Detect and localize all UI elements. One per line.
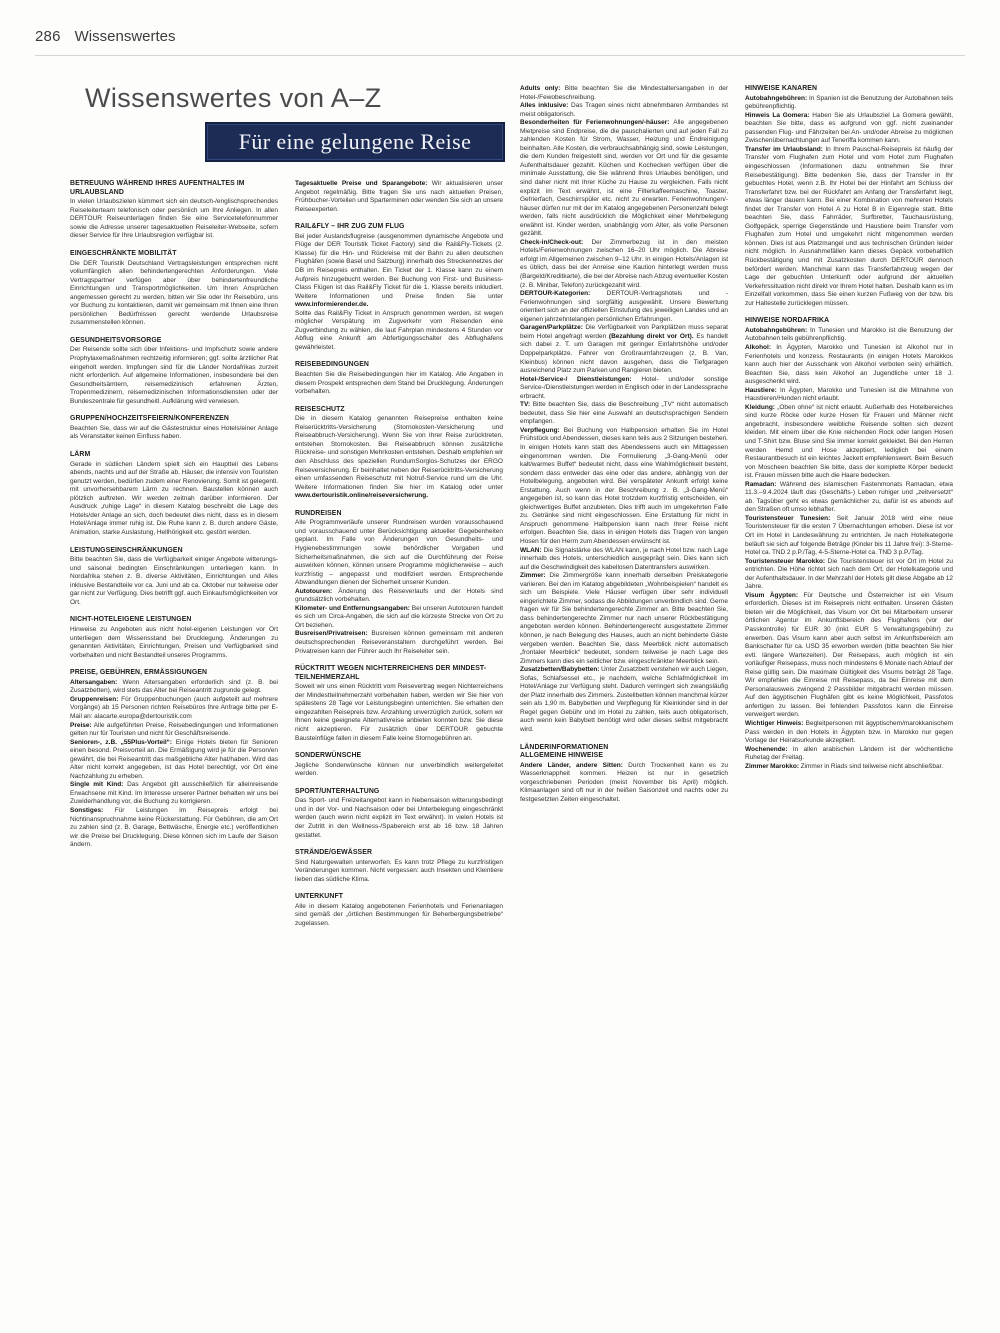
paragraph: Touristensteuer Marokko: Die Touristenst… — [745, 558, 953, 592]
section-heading: BETREUUNG WÄHREND IHRES AUFENTHALTES IM … — [70, 180, 278, 197]
section: NICHT-HOTELEIGENE LEISTUNGENHinweise zu … — [70, 616, 278, 660]
paragraph: Kilometer- und Entfernungsangaben: Bei u… — [295, 605, 503, 631]
section-heading: RAIL&FLY – IHR ZUG ZUM FLUG — [295, 223, 503, 232]
paragraph: Check-in/Check-out: Der Zimmerbezug ist … — [520, 239, 728, 290]
paragraph: Preise: Alle aufgeführten Preise, Reiseb… — [70, 722, 278, 739]
paragraph: Zimmer Marokko: Zimmer in Riads sind tei… — [745, 763, 953, 772]
paragraph: Gerade in südlichen Ländern spielt sich … — [70, 461, 278, 538]
paragraph: Wichtiger Hinweis: Begleitpersonen mit ä… — [745, 720, 953, 746]
section-heading: EINGESCHRÄNKTE MOBILITÄT — [70, 250, 278, 259]
section-heading: REISEBEDINGUNGEN — [295, 361, 503, 370]
section: PREISE, GEBÜHREN, ERMÄSSIGUNGENAltersang… — [70, 669, 278, 850]
paragraph: Verpflegung: Bei Buchung von Halbpension… — [520, 427, 728, 547]
paragraph: Jegliche Sonderwünsche können nur unverb… — [295, 762, 503, 779]
paragraph: Gruppenreisen: Für Gruppenbuchungen (auc… — [70, 696, 278, 722]
section-heading: PREISE, GEBÜHREN, ERMÄSSIGUNGEN — [70, 669, 278, 678]
paragraph: Soweit wir uns einen Rücktritt vom Reise… — [295, 683, 503, 743]
paragraph: Single mit Kind: Das Angebot gilt aussch… — [70, 781, 278, 807]
paragraph: Zimmer: Die Zimmergröße kann innerhalb d… — [520, 572, 728, 666]
section: GRUPPEN/HOCHZEITSFEIERN/KONFERENZENBeach… — [70, 415, 278, 442]
paragraph: Beachten Sie die Reisebedingungen hier i… — [295, 371, 503, 397]
section-heading: REISESCHUTZ — [295, 406, 503, 415]
paragraph: Sonstiges: Für Leistungen im Reisepreis … — [70, 807, 278, 850]
paragraph: In vielen Urlaubszielen kümmert sich ein… — [70, 198, 278, 241]
paragraph: Touristensteuer Tunesien: Seit Januar 20… — [745, 515, 953, 558]
section: HINWEISE NORDAFRIKAAutobahngebühren: In … — [745, 317, 953, 771]
section: REISESCHUTZDie in diesem Katalog genannt… — [295, 406, 503, 501]
section-heading: RÜCKTRITT WEGEN NICHTERREICHENS DER MIND… — [295, 665, 503, 682]
section-heading: LÄRM — [70, 451, 278, 460]
section-heading: GRUPPEN/HOCHZEITSFEIERN/KONFERENZEN — [70, 415, 278, 424]
section: RÜCKTRITT WEGEN NICHTERREICHENS DER MIND… — [295, 665, 503, 743]
paragraph: Autotouren: Änderung des Reiseverlaufs u… — [295, 588, 503, 605]
paragraph: Die DER Touristik Deutschland Vertragsle… — [70, 260, 278, 328]
paragraph: Tagesaktuelle Preise und Sparangebote: W… — [295, 180, 503, 214]
paragraph: Bei jeder Auslandsflugreise (ausgenommen… — [295, 233, 503, 310]
section: STRÄNDE/GEWÄSSERSind Naturgewalten unter… — [295, 849, 503, 884]
paragraph: Hinweise zu Angeboten aus nicht hotel-ei… — [70, 626, 278, 660]
paragraph: Busreisen/Privatreisen: Busreisen können… — [295, 630, 503, 656]
paragraph: Haustiere: In Ägypten, Marokko und Tunes… — [745, 387, 953, 404]
section: LÄRMGerade in südlichen Ländern spielt s… — [70, 451, 278, 538]
paragraph: Alle Programmverläufe unserer Rundreisen… — [295, 519, 503, 587]
page-header: 286Wissenswertes — [35, 28, 965, 46]
paragraph: Kleidung: „Oben ohne“ ist nicht erlaubt.… — [745, 404, 953, 481]
text-column: Adults only: Bitte beachten Sie die Mind… — [520, 85, 728, 938]
paragraph: Das Sport- und Freizeitangebot kann in N… — [295, 797, 503, 840]
section-heading: HINWEISE NORDAFRIKA — [745, 317, 953, 326]
page-number: 286 — [35, 28, 61, 45]
section: RAIL&FLY – IHR ZUG ZUM FLUGBei jeder Aus… — [295, 223, 503, 352]
section-heading: UNTERKUNFT — [295, 893, 503, 902]
section: SONDERWÜNSCHEJegliche Sonderwünsche könn… — [295, 752, 503, 779]
paragraph: Andere Länder, andere Sitten: Durch Troc… — [520, 762, 728, 805]
section-heading: HINWEISE KANAREN — [745, 85, 953, 94]
section-heading: SPORT/UNTERHALTUNG — [295, 788, 503, 797]
section: LÄNDERINFORMATIONENALLGEMEINE HINWEISEAn… — [520, 744, 728, 805]
text-column: HINWEISE KANARENAutobahngebühren: In Spa… — [745, 85, 953, 938]
paragraph: Sollte das Rail&Fly Ticket in Anspruch g… — [295, 310, 503, 353]
paragraph: Sind Naturgewalten unterworfen. Es kann … — [295, 859, 503, 885]
text-column: BETREUUNG WÄHREND IHRES AUFENTHALTES IM … — [70, 85, 278, 938]
header-rule — [35, 55, 965, 56]
section: GESUNDHEITSVORSORGEDer Reisende sollte s… — [70, 337, 278, 406]
section-heading: STRÄNDE/GEWÄSSER — [295, 849, 503, 858]
section-heading: LEISTUNGSEINSCHRÄNKUNGEN — [70, 547, 278, 556]
paragraph: Bitte beachten Sie, dass die Verfügbarke… — [70, 556, 278, 607]
section: Adults only: Bitte beachten Sie die Mind… — [520, 85, 728, 735]
section: RUNDREISENAlle Programmverläufe unserer … — [295, 510, 503, 656]
section: EINGESCHRÄNKTE MOBILITÄTDie DER Touristi… — [70, 250, 278, 328]
paragraph: Die in diesem Katalog genannten Reisepre… — [295, 415, 503, 500]
text-column: Tagesaktuelle Preise und Sparangebote: W… — [295, 85, 503, 938]
paragraph: Autobahngebühren: In Tunesien und Marokk… — [745, 327, 953, 344]
paragraph: Senioren-, z.B. „55Plus-Vorteil“: Einige… — [70, 739, 278, 782]
paragraph: Der Reisende sollte sich über Infektions… — [70, 346, 278, 406]
section-heading: NICHT-HOTELEIGENE LEISTUNGEN — [70, 616, 278, 625]
paragraph: Besonderheiten für Ferienwohnungen/-häus… — [520, 119, 728, 239]
section: LEISTUNGSEINSCHRÄNKUNGENBitte beachten S… — [70, 547, 278, 608]
paragraph: Autobahngebühren: In Spanien ist die Ben… — [745, 95, 953, 112]
paragraph: Transfer im Urlaubsland: In Ihrem Pausch… — [745, 146, 953, 308]
paragraph: Beachten Sie, dass wir auf die Gästestru… — [70, 425, 278, 442]
paragraph: DERTOUR-Kategorien: DERTOUR-Vertragshote… — [520, 290, 728, 324]
paragraph: Visum Ägypten: Für Deutsche und Österrei… — [745, 592, 953, 720]
paragraph: Alles inklusive: Das Tragen eines nicht … — [520, 102, 728, 119]
section-heading: SONDERWÜNSCHE — [295, 752, 503, 761]
paragraph: Hinweis La Gomera: Haben Sie als Urlaubs… — [745, 112, 953, 146]
paragraph: Adults only: Bitte beachten Sie die Mind… — [520, 85, 728, 102]
paragraph: Alkohol: In Ägypten, Marokko und Tunesie… — [745, 344, 953, 387]
paragraph: Zusatzbetten/Babybetten: Unter Zusatzbet… — [520, 666, 728, 734]
columns: BETREUUNG WÄHREND IHRES AUFENTHALTES IM … — [70, 85, 954, 938]
section: UNTERKUNFTAlle in diesem Katalog angebot… — [295, 893, 503, 928]
section-heading: GESUNDHEITSVORSORGE — [70, 337, 278, 346]
paragraph: Ramadan: Während des islamischen Fastenm… — [745, 481, 953, 515]
section: BETREUUNG WÄHREND IHRES AUFENTHALTES IM … — [70, 180, 278, 241]
paragraph: TV: Bitte beachten Sie, dass die Beschre… — [520, 401, 728, 427]
section: SPORT/UNTERHALTUNGDas Sport- und Freizei… — [295, 788, 503, 840]
page-section-label: Wissenswertes — [75, 28, 176, 45]
section-heading: RUNDREISEN — [295, 510, 503, 519]
section: HINWEISE KANARENAutobahngebühren: In Spa… — [745, 85, 953, 308]
paragraph: Alle in diesem Katalog angebotenen Ferie… — [295, 903, 503, 929]
section-heading: LÄNDERINFORMATIONENALLGEMEINE HINWEISE — [520, 744, 728, 761]
paragraph: Hotel-/Service-/ Dienstleistungen: Hotel… — [520, 376, 728, 402]
section: REISEBEDINGUNGENBeachten Sie die Reisebe… — [295, 361, 503, 396]
paragraph: Wochenende: In allen arabischen Ländern … — [745, 746, 953, 763]
section: Tagesaktuelle Preise und Sparangebote: W… — [295, 180, 503, 214]
paragraph: WLAN: Die Signalstärke des WLAN kann, je… — [520, 547, 728, 573]
paragraph: Altersangaben: Wenn Altersangaben erford… — [70, 679, 278, 696]
paragraph: Garagen/Parkplätze: Die Verfügbarkeit vo… — [520, 324, 728, 375]
